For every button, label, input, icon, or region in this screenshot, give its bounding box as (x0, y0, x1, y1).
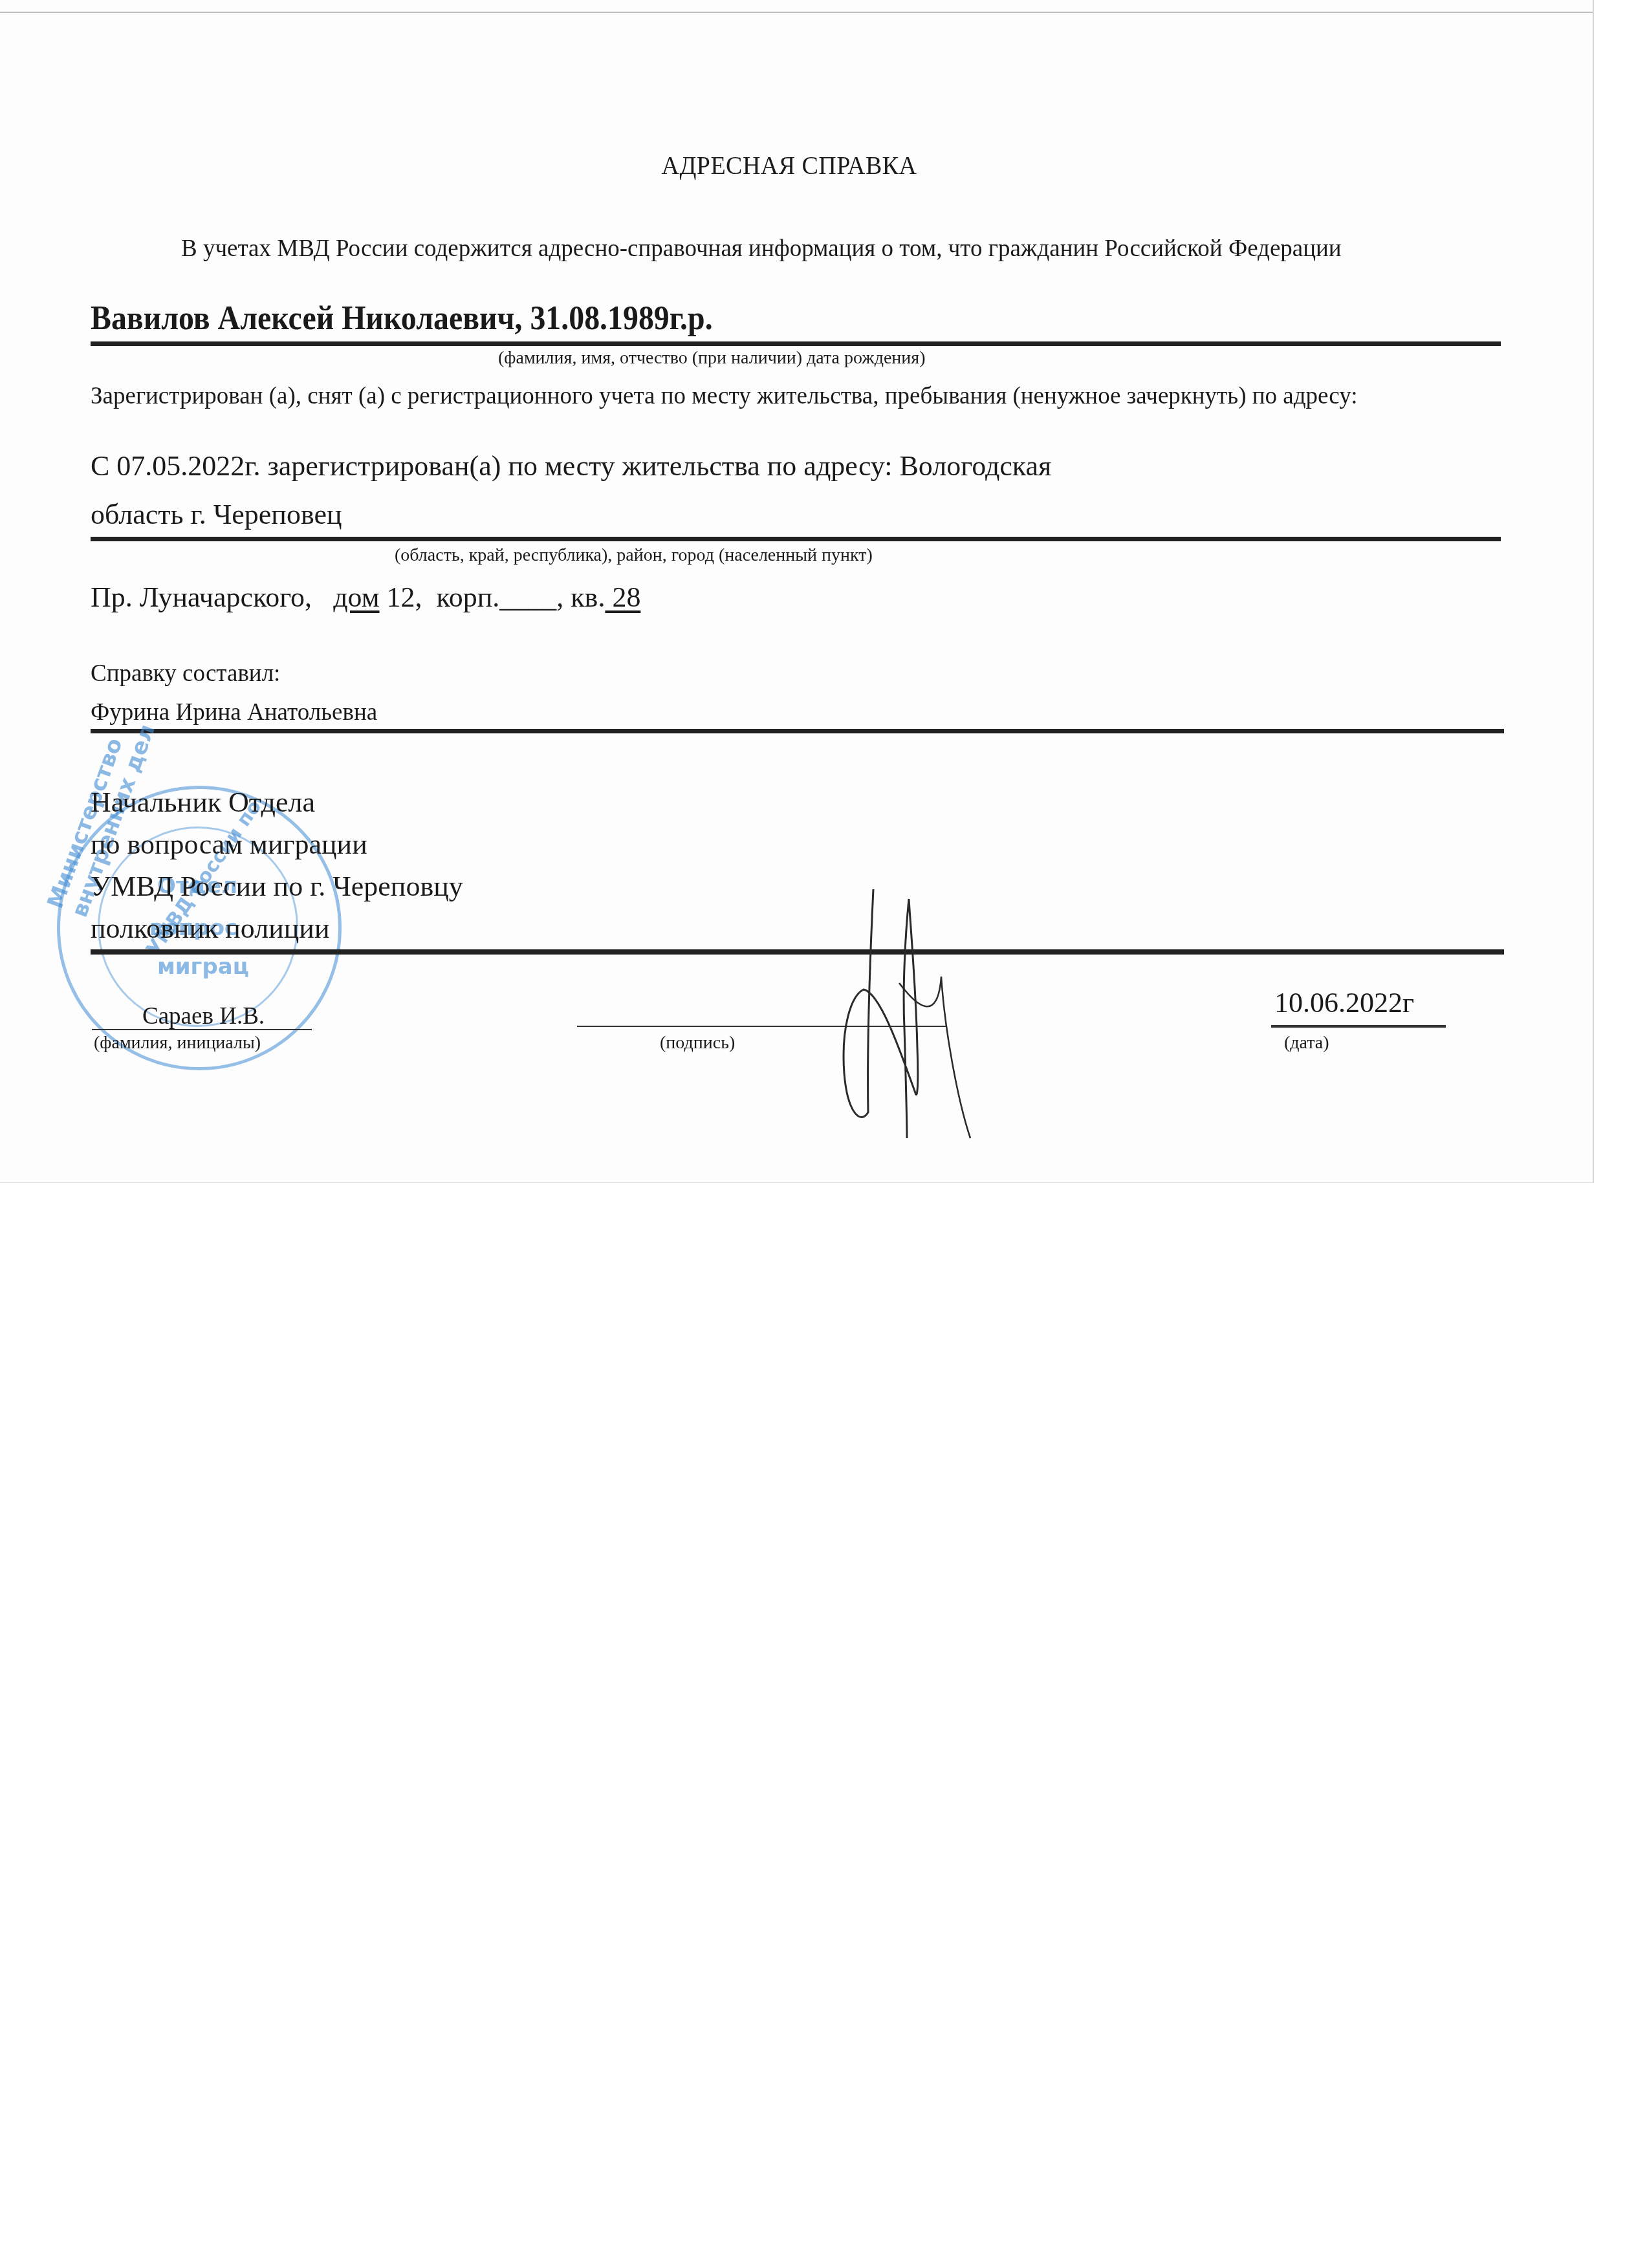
official-rule (91, 949, 1504, 955)
house-number: 12, (387, 581, 422, 613)
name-rule (91, 341, 1501, 346)
apartment-label: , кв. (556, 581, 605, 613)
signing-date: 10.06.2022г (1274, 986, 1414, 1019)
handwritten-signature (834, 880, 983, 1145)
region-rule (91, 537, 1501, 541)
signature-caption: (подпись) (660, 1033, 735, 1053)
official-title-1: Начальник Отдела (91, 786, 315, 819)
address-line: Пр. Луначарского, дом 12, корп.____, кв.… (91, 581, 640, 614)
signer-caption: (фамилия, инициалы) (94, 1033, 261, 1053)
document-title: АДРЕСНАЯ СПРАВКА (39, 150, 1539, 180)
official-title-3: УМВД России по г. Череповцу (91, 870, 463, 903)
date-line (1271, 1025, 1446, 1028)
person-caption: (фамилия, имя, отчество (при наличии) да… (498, 348, 926, 369)
signer-line (92, 1029, 312, 1030)
apartment-number: 28 (605, 581, 640, 613)
date-caption: (дата) (1284, 1033, 1329, 1053)
person-name: Вавилов Алексей Николаевич, 31.08.1989г.… (91, 299, 713, 338)
registration-label: Зарегистрирован (а), снят (а) с регистра… (91, 378, 1501, 415)
building-value: ____ (499, 581, 556, 613)
official-title-2: по вопросам миграции (91, 828, 367, 861)
stamp-center-3: миграц (157, 954, 249, 980)
paper-top-edge (0, 12, 1593, 13)
region-caption: (область, край, республика), район, горо… (395, 545, 873, 566)
signer-name: Сараев И.В. (142, 1002, 265, 1030)
compiled-by-label: Справку составил: (91, 660, 280, 687)
street: Пр. Луначарского, (91, 581, 312, 613)
building-label: корп. (437, 581, 500, 613)
official-title-4: полковник полиции (91, 912, 329, 945)
intro-paragraph: В учетах МВД России содержится адресно-с… (91, 231, 1501, 267)
compiled-by-rule (91, 729, 1504, 733)
registration-line-2: область г. Череповец (91, 498, 342, 531)
registration-line-1: С 07.05.2022г. зарегистрирован(а) по мес… (91, 449, 1051, 482)
house-label: дом (333, 581, 379, 613)
